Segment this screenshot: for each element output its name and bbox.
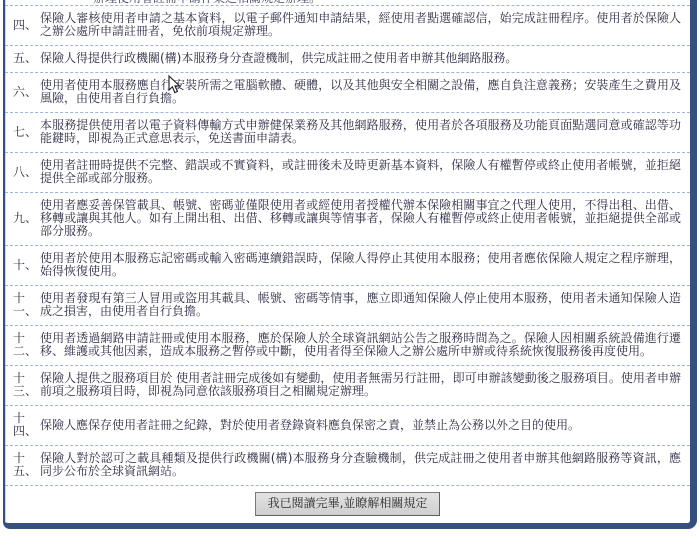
term-number: 四、 [13, 19, 40, 32]
term-text: 使用者使用本服務應自行安裝所需之電腦軟體、硬體，以及其他與安全相關之設備，應自負… [40, 79, 690, 105]
term-item: 九、 使用者應妥善保管載具、帳號、密碼並僅限使用者或經使用者授權代辦本保險相關事… [5, 192, 690, 245]
term-text: 使用者透過網路申請註冊或使用本服務，應於保險人於全球資訊網站公告之服務時間為之。… [40, 332, 690, 358]
term-text: 使用者於使用本服務忘記密碼或輸入密碼連續錯誤時，保險人得停止其使用本服務；使用者… [40, 252, 690, 278]
term-item: 六、 使用者使用本服務應自行安裝所需之電腦軟體、硬體，以及其他與安全相關之設備，… [5, 72, 690, 112]
term-item: 七、 本服務提供使用者以電子資料傳輸方式申辦健保業務及其他網路服務，使用者於各項… [5, 112, 690, 152]
term-number: 十 二、 [13, 332, 40, 358]
term-text: 保險人應保存使用者註冊之紀錄，對於使用者登錄資料應負保密之責，並禁止為公務以外之… [40, 419, 690, 432]
term-text: 保險人提供之服務項目於 使用者註冊完成後如有變動，使用者無需另行註冊，即可申辦該… [40, 372, 690, 398]
term-text: 保險人得提供行政機關(構)本服務身分查證機制，供完成註冊之使用者申辦其他網路服務… [40, 52, 690, 65]
term-number: 九、 [13, 212, 40, 225]
terms-frame: 辦理使用者註冊申請作業之相關規定辦理。 四、 保險人審核使用者申請之基本資料，以… [3, 0, 697, 529]
term-item: 十 二、 使用者透過網路申請註冊或使用本服務，應於保險人於全球資訊網站公告之服務… [5, 325, 690, 365]
term-item: 四、 保險人審核使用者申請之基本資料，以電子郵件通知申請結果，經使用者點選確認信… [5, 5, 690, 45]
term-item: 十 三、 保險人提供之服務項目於 使用者註冊完成後如有變動，使用者無需另行註冊，… [5, 365, 690, 405]
term-number: 七、 [13, 126, 40, 139]
term-number: 十、 [13, 259, 40, 272]
term-number: 十 五、 [13, 452, 40, 478]
term-item: 十 五、 保險人對於認可之載具種類及提供行政機關(構)本服務身分查驗機制，供完成… [5, 445, 690, 485]
clipped-text: 辦理使用者註冊申請作業之相關規定辦理。 [93, 0, 321, 5]
term-number: 五、 [13, 52, 40, 65]
term-item: 十 一、 使用者發現有第三人冒用或盜用其載具、帳號、密碼等情事，應立即通知保險人… [5, 285, 690, 325]
term-text: 使用者應妥善保管載具、帳號、密碼並僅限使用者或經使用者授權代辦本保險相關事宜之代… [40, 199, 690, 238]
term-number: 八、 [13, 166, 40, 179]
term-text: 使用者發現有第三人冒用或盜用其載具、帳號、密碼等情事，應立即通知保險人停止使用本… [40, 292, 690, 318]
term-text: 保險人審核使用者申請之基本資料，以電子郵件通知申請結果，經使用者點選確認信，始完… [40, 12, 690, 38]
term-number: 十 一、 [13, 292, 40, 318]
term-number: 六、 [13, 86, 40, 99]
term-number: 十 四、 [13, 412, 40, 438]
term-text: 使用者註冊時提供不完整、錯誤或不實資料，或註冊後未及時更新基本資料，保險人有權暫… [40, 159, 690, 185]
term-item: 十 四、 保險人應保存使用者註冊之紀錄，對於使用者登錄資料應負保密之責，並禁止為… [5, 405, 690, 445]
term-text: 保險人對於認可之載具種類及提供行政機關(構)本服務身分查驗機制，供完成註冊之使用… [40, 452, 690, 478]
term-number: 十 三、 [13, 372, 40, 398]
clipped-text-row: 辦理使用者註冊申請作業之相關規定辦理。 [5, 0, 690, 5]
term-item: 十、 使用者於使用本服務忘記密碼或輸入密碼連續錯誤時，保險人得停止其使用本服務；… [5, 245, 690, 285]
terms-page: { "colors": { "frame_border": "#35507c",… [0, 0, 700, 536]
term-text: 本服務提供使用者以電子資料傳輸方式申辦健保業務及其他網路服務，使用者於各項服務及… [40, 119, 690, 145]
confirm-button-row: 我已閱讀完畢,並瞭解相關規定 [5, 485, 690, 523]
term-item: 八、 使用者註冊時提供不完整、錯誤或不實資料，或註冊後未及時更新基本資料，保險人… [5, 152, 690, 192]
term-item: 五、 保險人得提供行政機關(構)本服務身分查證機制，供完成註冊之使用者申辦其他網… [5, 45, 690, 72]
confirm-read-button[interactable]: 我已閱讀完畢,並瞭解相關規定 [255, 492, 441, 516]
terms-list: 四、 保險人審核使用者申請之基本資料，以電子郵件通知申請結果，經使用者點選確認信… [5, 5, 690, 485]
